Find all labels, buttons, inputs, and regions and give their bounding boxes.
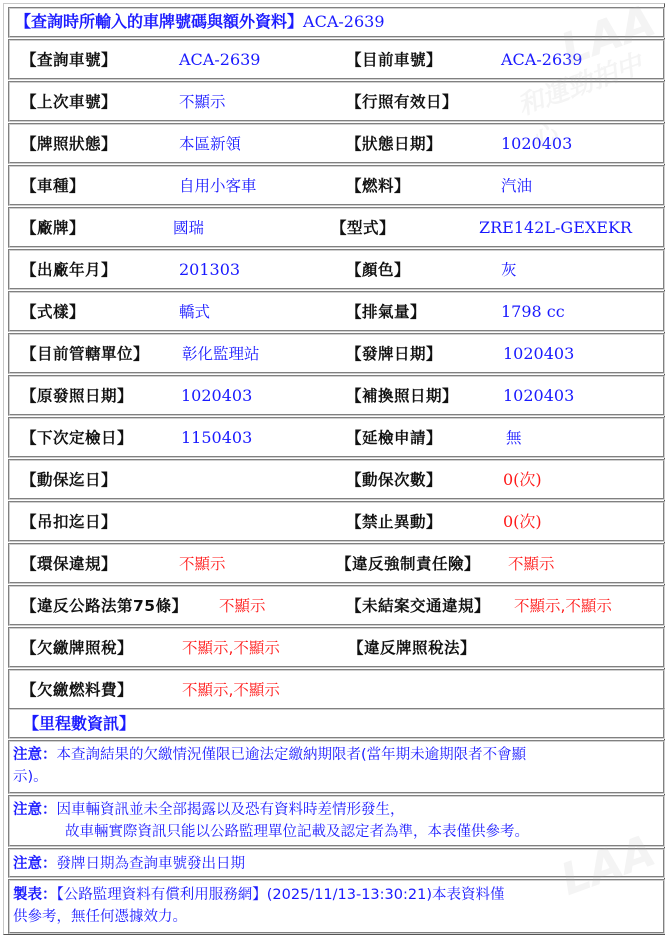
row-label-1: 【牌照狀態】 [21, 134, 117, 154]
row-label-1: 【下次定檢日】 [21, 428, 133, 448]
row-value-1: 不顯示 [179, 92, 226, 112]
note-3-text: 注意：發牌日期為查詢車號發出日期 [13, 853, 245, 875]
row-label-2: 【行照有效日】 [346, 92, 458, 112]
row-value-1: ACA-2639 [179, 50, 260, 70]
row-value-2: 汽油 [501, 176, 532, 196]
note-3: 注意：發牌日期為查詢車號發出日期 [8, 848, 665, 878]
row-value-2: 1020403 [503, 386, 574, 406]
row-label-2: 【目前車號】 [346, 50, 442, 70]
row-label-2: 【違反牌照稅法】 [348, 638, 476, 658]
row-value-1: 轎式 [179, 302, 210, 322]
row-value-1: 不顯示 [179, 554, 226, 574]
info-row: 【目前管轄單位】彰化監理站【發牌日期】1020403 [8, 333, 665, 374]
row-label-2: 【未結案交通違規】 [346, 596, 490, 616]
row-value-1: 自用小客車 [179, 176, 257, 196]
info-row: 【車種】自用小客車【燃料】汽油 [8, 165, 665, 206]
info-row: 【動保迄日】【動保次數】0(次) [8, 459, 665, 500]
note-2: 注意：因車輛資訊並未全部揭露以及恐有資料時差情形發生，故車輛實際資訊只能以公路監… [8, 795, 665, 847]
row-value-2: 1020403 [501, 134, 572, 154]
note-2-text: 注意：因車輛資訊並未全部揭露以及恐有資料時差情形發生，故車輛實際資訊只能以公路監… [13, 799, 529, 843]
row-label-2: 【違反強制責任險】 [336, 554, 480, 574]
info-row: 【欠繳燃料費】不顯示,不顯示 [8, 669, 665, 710]
row-value-2: 1020403 [503, 344, 574, 364]
row-label-1: 【違反公路法第75條】 [21, 596, 188, 616]
row-label-1: 【查詢車號】 [21, 50, 117, 70]
info-row: 【查詢車號】ACA-2639【目前車號】ACA-2639 [8, 39, 665, 80]
row-value-1: 國瑞 [173, 218, 204, 238]
row-value-2: 無 [506, 428, 522, 448]
row-value-2: 不顯示 [508, 554, 555, 574]
info-row: 【吊扣迄日】【禁止異動】0(次) [8, 501, 665, 542]
row-label-1: 【出廠年月】 [21, 260, 117, 280]
info-row: 【上次車號】不顯示【行照有效日】 [8, 81, 665, 122]
row-value-1: 201303 [179, 260, 240, 280]
info-row: 【牌照狀態】本區新領【狀態日期】1020403 [8, 123, 665, 164]
row-value-2: 灰 [501, 260, 517, 280]
info-row: 【欠繳牌照稅】不顯示,不顯示【違反牌照稅法】 [8, 627, 665, 668]
note-1-text: 注意：本查詢結果的欠繳情況僅限已逾法定繳納期限者(當年期未逾期限者不會顯示)。 [13, 744, 658, 788]
row-label-2: 【型式】 [331, 218, 395, 238]
row-label-2: 【顏色】 [346, 260, 410, 280]
note-1: 注意：本查詢結果的欠繳情況僅限已逾法定繳納期限者(當年期未逾期限者不會顯示)。 [8, 740, 665, 794]
row-label-2: 【禁止異動】 [346, 512, 442, 532]
row-label-1: 【上次車號】 [21, 92, 117, 112]
row-value-2: 不顯示,不顯示 [514, 596, 612, 616]
row-value-1: 1150403 [181, 428, 252, 448]
row-label-1: 【廠牌】 [21, 218, 85, 238]
row-value-1: 1020403 [181, 386, 252, 406]
row-label-2: 【排氣量】 [346, 302, 426, 322]
row-value-1: 不顯示,不顯示 [182, 680, 280, 700]
row-label-1: 【吊扣迄日】 [21, 512, 117, 532]
row-value-2: 0(次) [503, 470, 542, 490]
row-value-2: ZRE142L-GEXEKR [479, 218, 632, 238]
row-label-1: 【目前管轄單位】 [21, 344, 149, 364]
row-value-1: 不顯示,不顯示 [182, 638, 280, 658]
header-plate: ACA-2639 [303, 12, 384, 31]
row-label-2: 【發牌日期】 [346, 344, 442, 364]
info-row: 【出廠年月】201303【顏色】灰 [8, 249, 665, 290]
row-value-2: 0(次) [503, 512, 542, 532]
row-label-1: 【動保迄日】 [21, 470, 117, 490]
header-title-prefix: 【查詢時所輸入的車牌號碼與額外資料】 [15, 12, 303, 31]
row-value-1: 本區新領 [179, 134, 241, 154]
row-value-1: 不顯示 [219, 596, 266, 616]
row-label-1: 【式樣】 [21, 302, 85, 322]
row-value-1: 彰化監理站 [182, 344, 260, 364]
info-row: 【式樣】轎式【排氣量】1798 cc [8, 291, 665, 332]
info-row: 【環保違規】不顯示【違反強制責任險】不顯示 [8, 543, 665, 584]
row-label-2: 【狀態日期】 [346, 134, 442, 154]
query-header: 【查詢時所輸入的車牌號碼與額外資料】ACA-2639 [8, 7, 665, 38]
info-row: 【原發照日期】1020403【補換照日期】1020403 [8, 375, 665, 416]
footer-text: 製表：【公路監理資料有償利用服務網】(2025/11/13-13:30:21)本… [13, 884, 505, 928]
footer-note: 製表：【公路監理資料有償利用服務網】(2025/11/13-13:30:21)本… [8, 879, 665, 934]
row-label-2: 【補換照日期】 [346, 386, 458, 406]
header-title: 【查詢時所輸入的車牌號碼與額外資料】ACA-2639 [15, 12, 385, 32]
mileage-label: 【里程數資訊】 [23, 714, 135, 734]
mileage-section: 【里程數資訊】 [8, 708, 665, 739]
row-label-1: 【欠繳牌照稅】 [21, 638, 133, 658]
row-value-2: ACA-2639 [501, 50, 582, 70]
row-label-2: 【動保次數】 [346, 470, 442, 490]
row-label-2: 【延檢申請】 [346, 428, 442, 448]
info-row: 【下次定檢日】1150403【延檢申請】無 [8, 417, 665, 458]
info-row: 【廠牌】國瑞【型式】ZRE142L-GEXEKR [8, 207, 665, 248]
row-label-1: 【環保違規】 [21, 554, 117, 574]
row-label-1: 【欠繳燃料費】 [21, 680, 133, 700]
row-label-1: 【原發照日期】 [21, 386, 133, 406]
row-label-1: 【車種】 [21, 176, 85, 196]
row-value-2: 1798 cc [501, 302, 565, 322]
info-row: 【違反公路法第75條】不顯示【未結案交通違規】不顯示,不顯示 [8, 585, 665, 626]
row-label-2: 【燃料】 [346, 176, 410, 196]
